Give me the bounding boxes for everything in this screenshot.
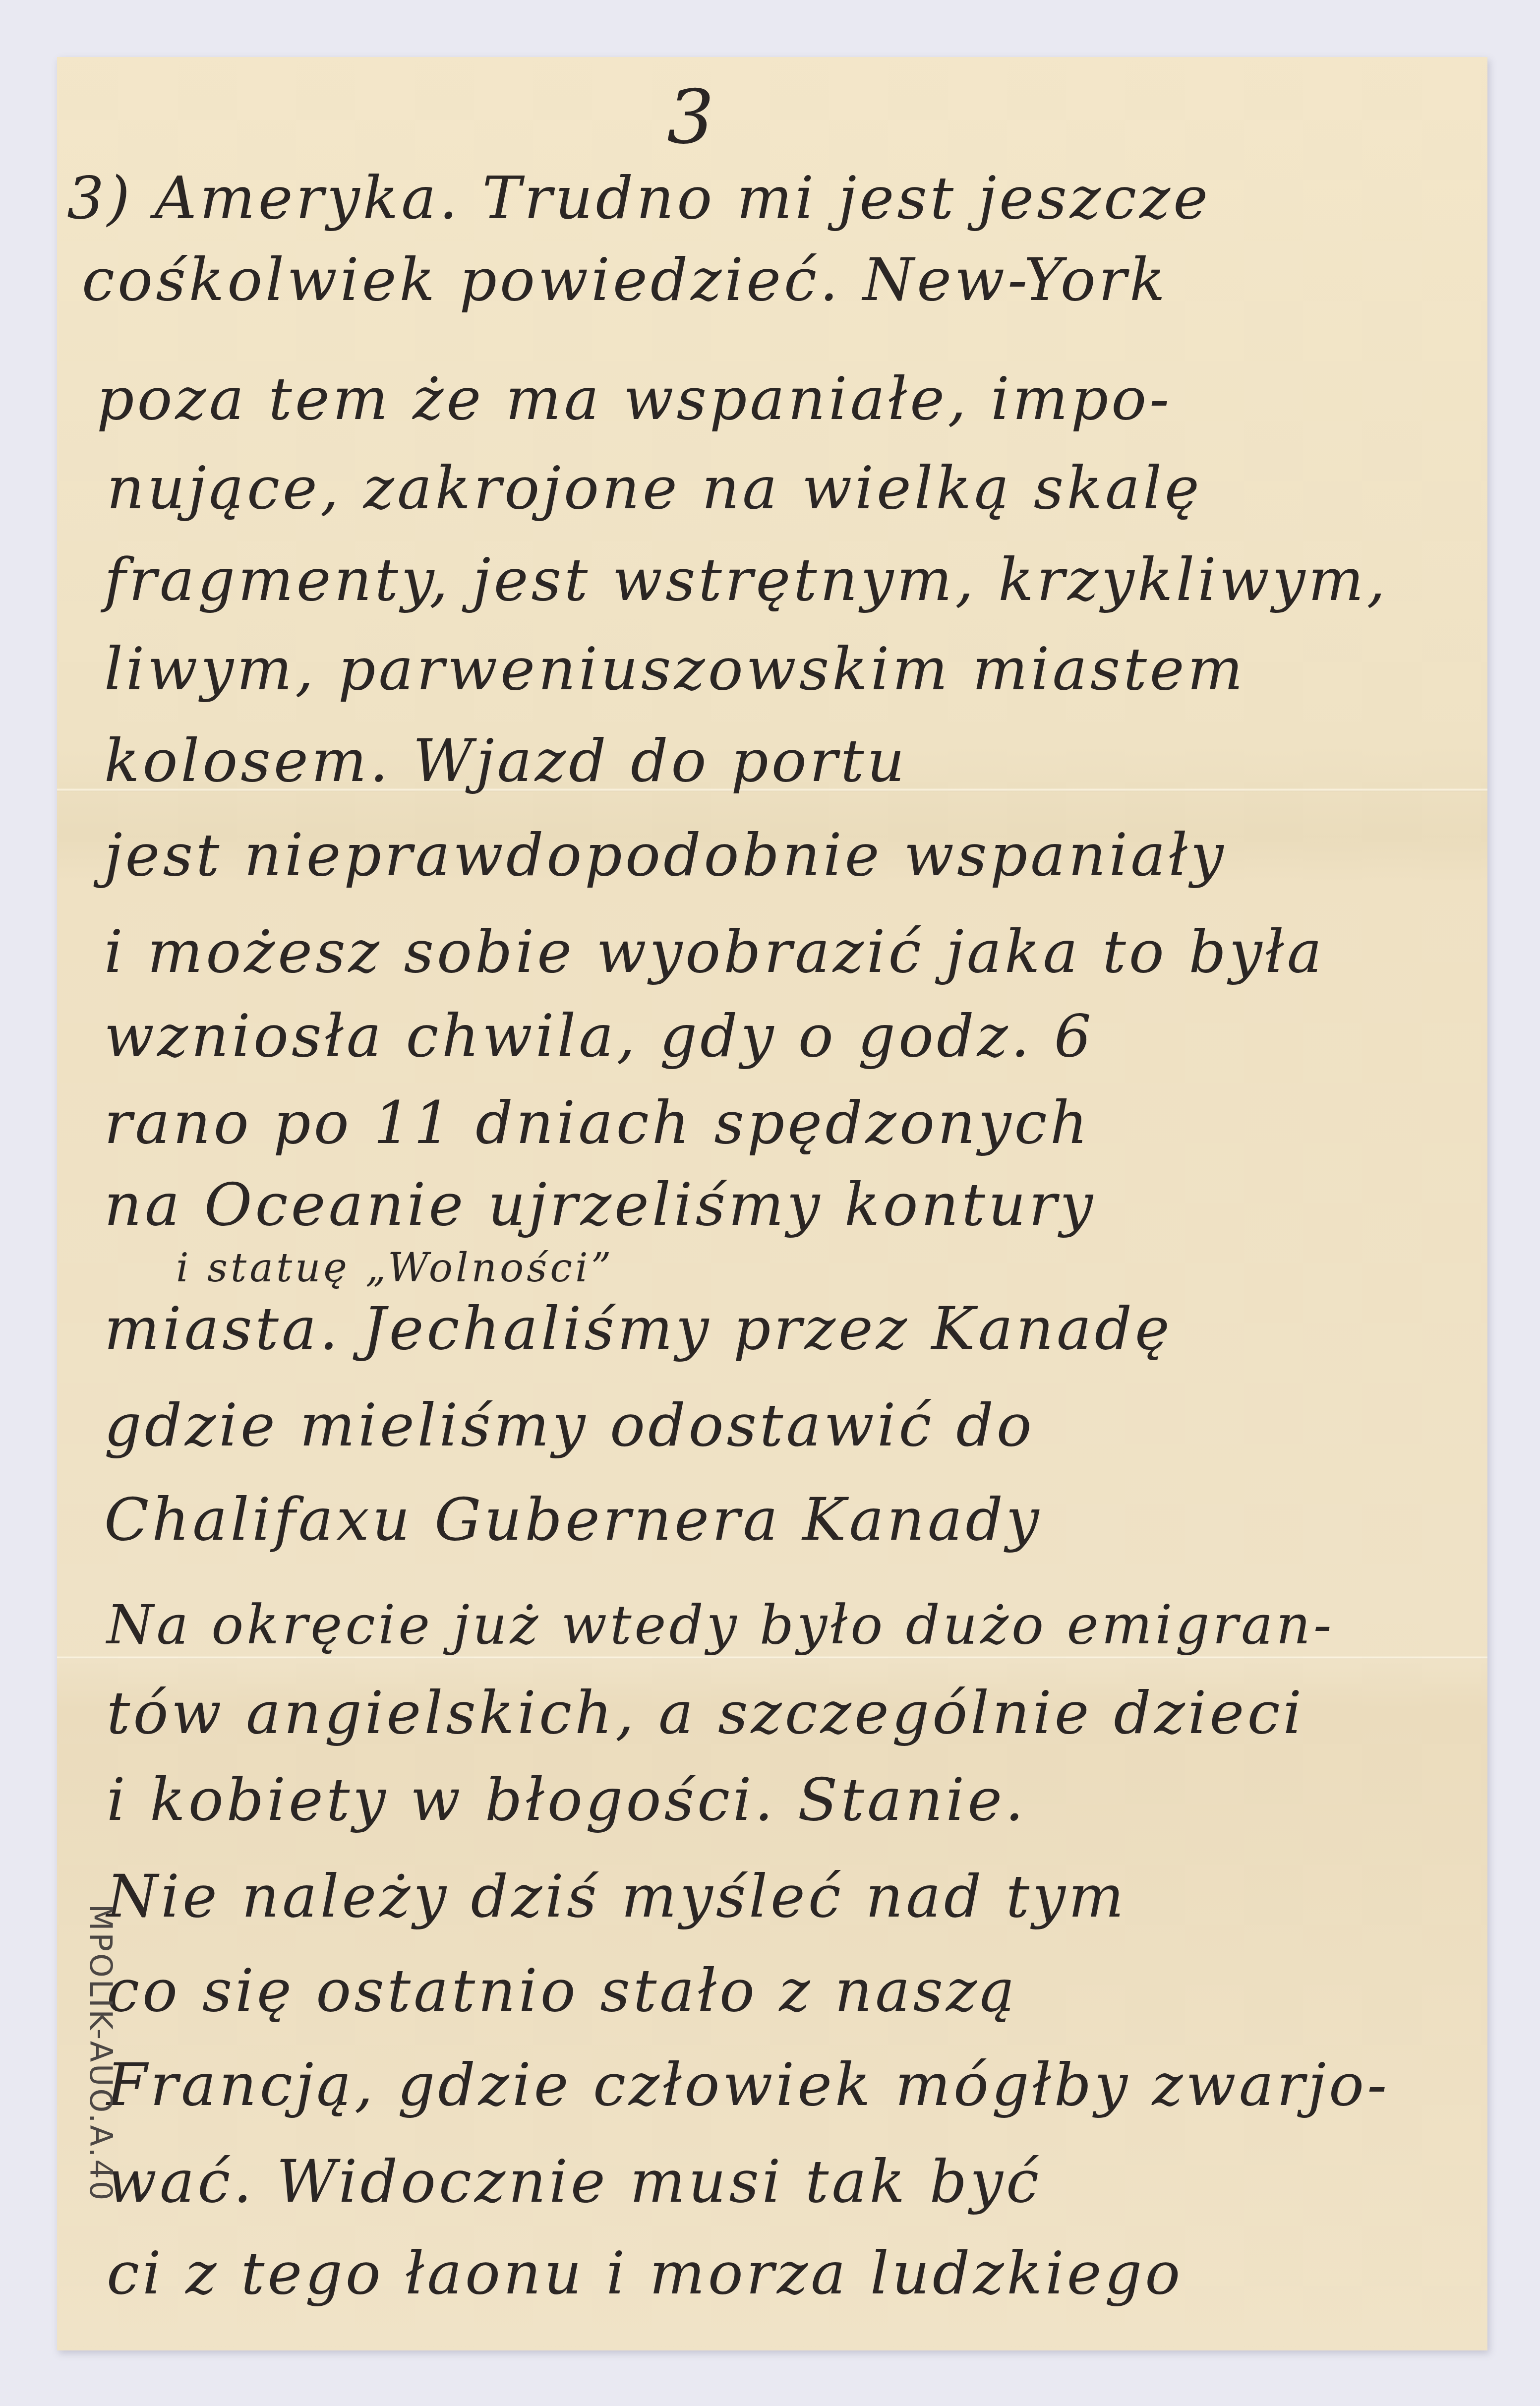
handwritten-line: wzniosła chwila, gdy o godz. 6 xyxy=(104,1002,1094,1070)
handwritten-line: i kobiety w błogości. Stanie. xyxy=(107,1765,1027,1834)
handwritten-insertion: i statuę „Wolności” xyxy=(176,1245,614,1291)
handwritten-line: 3) Ameryka. Trudno mi jest jeszcze xyxy=(67,164,1211,232)
archive-signature-mark: MPOLIK-AUO.A.40 xyxy=(83,1904,119,2202)
handwritten-line: Nie należy dziś myśleć nad tym xyxy=(107,1862,1127,1930)
handwritten-line: wać. Widocznie musi tak być xyxy=(107,2147,1042,2216)
handwritten-line: liwym, parweniuszowskim miastem xyxy=(104,635,1246,703)
handwritten-line: Francją, gdzie człowiek mógłby zwarjo- xyxy=(107,2050,1390,2119)
handwritten-line: tów angielskich, a szczególnie dzieci xyxy=(107,1679,1304,1747)
handwritten-line: nujące, zakrojone na wielką skalę xyxy=(107,454,1202,522)
letter-page: 3 3) Ameryka. Trudno mi jest jeszcze coś… xyxy=(57,57,1487,2350)
handwritten-line: Na okręcie już wtedy było dużo emigran- xyxy=(107,1594,1335,1656)
handwritten-line: gdzie mieliśmy odostawić do xyxy=(104,1391,1035,1459)
handwritten-line: na Oceanie ujrzeliśmy kontury xyxy=(104,1170,1096,1239)
page-number: 3 xyxy=(667,74,714,161)
handwritten-line: i możesz sobie wyobrazić jaka to była xyxy=(104,917,1325,986)
handwritten-line: cośkolwiek powiedzieć. New-York xyxy=(82,245,1168,314)
paper-fold-lower xyxy=(57,1656,1487,1659)
handwritten-line: co się ostatnio stało z naszą xyxy=(107,1956,1018,2025)
handwritten-line: kolosem. Wjazd do portu xyxy=(104,726,908,795)
handwritten-line: fragmenty, jest wstrętnym, krzykliwym, xyxy=(104,545,1388,614)
handwritten-line: rano po 11 dniach spędzonych xyxy=(104,1088,1091,1157)
handwritten-line: jest nieprawdopodobnie wspaniały xyxy=(104,821,1227,889)
handwritten-line: Chalifaxu Gubernera Kanady xyxy=(104,1485,1042,1554)
handwritten-line: poza tem że ma wspaniałe, impo- xyxy=(97,364,1172,433)
handwritten-line: ci z tego łaonu i morza ludzkiego xyxy=(107,2239,1183,2307)
handwritten-line: miasta. Jechaliśmy przez Kanadę xyxy=(104,1294,1173,1363)
